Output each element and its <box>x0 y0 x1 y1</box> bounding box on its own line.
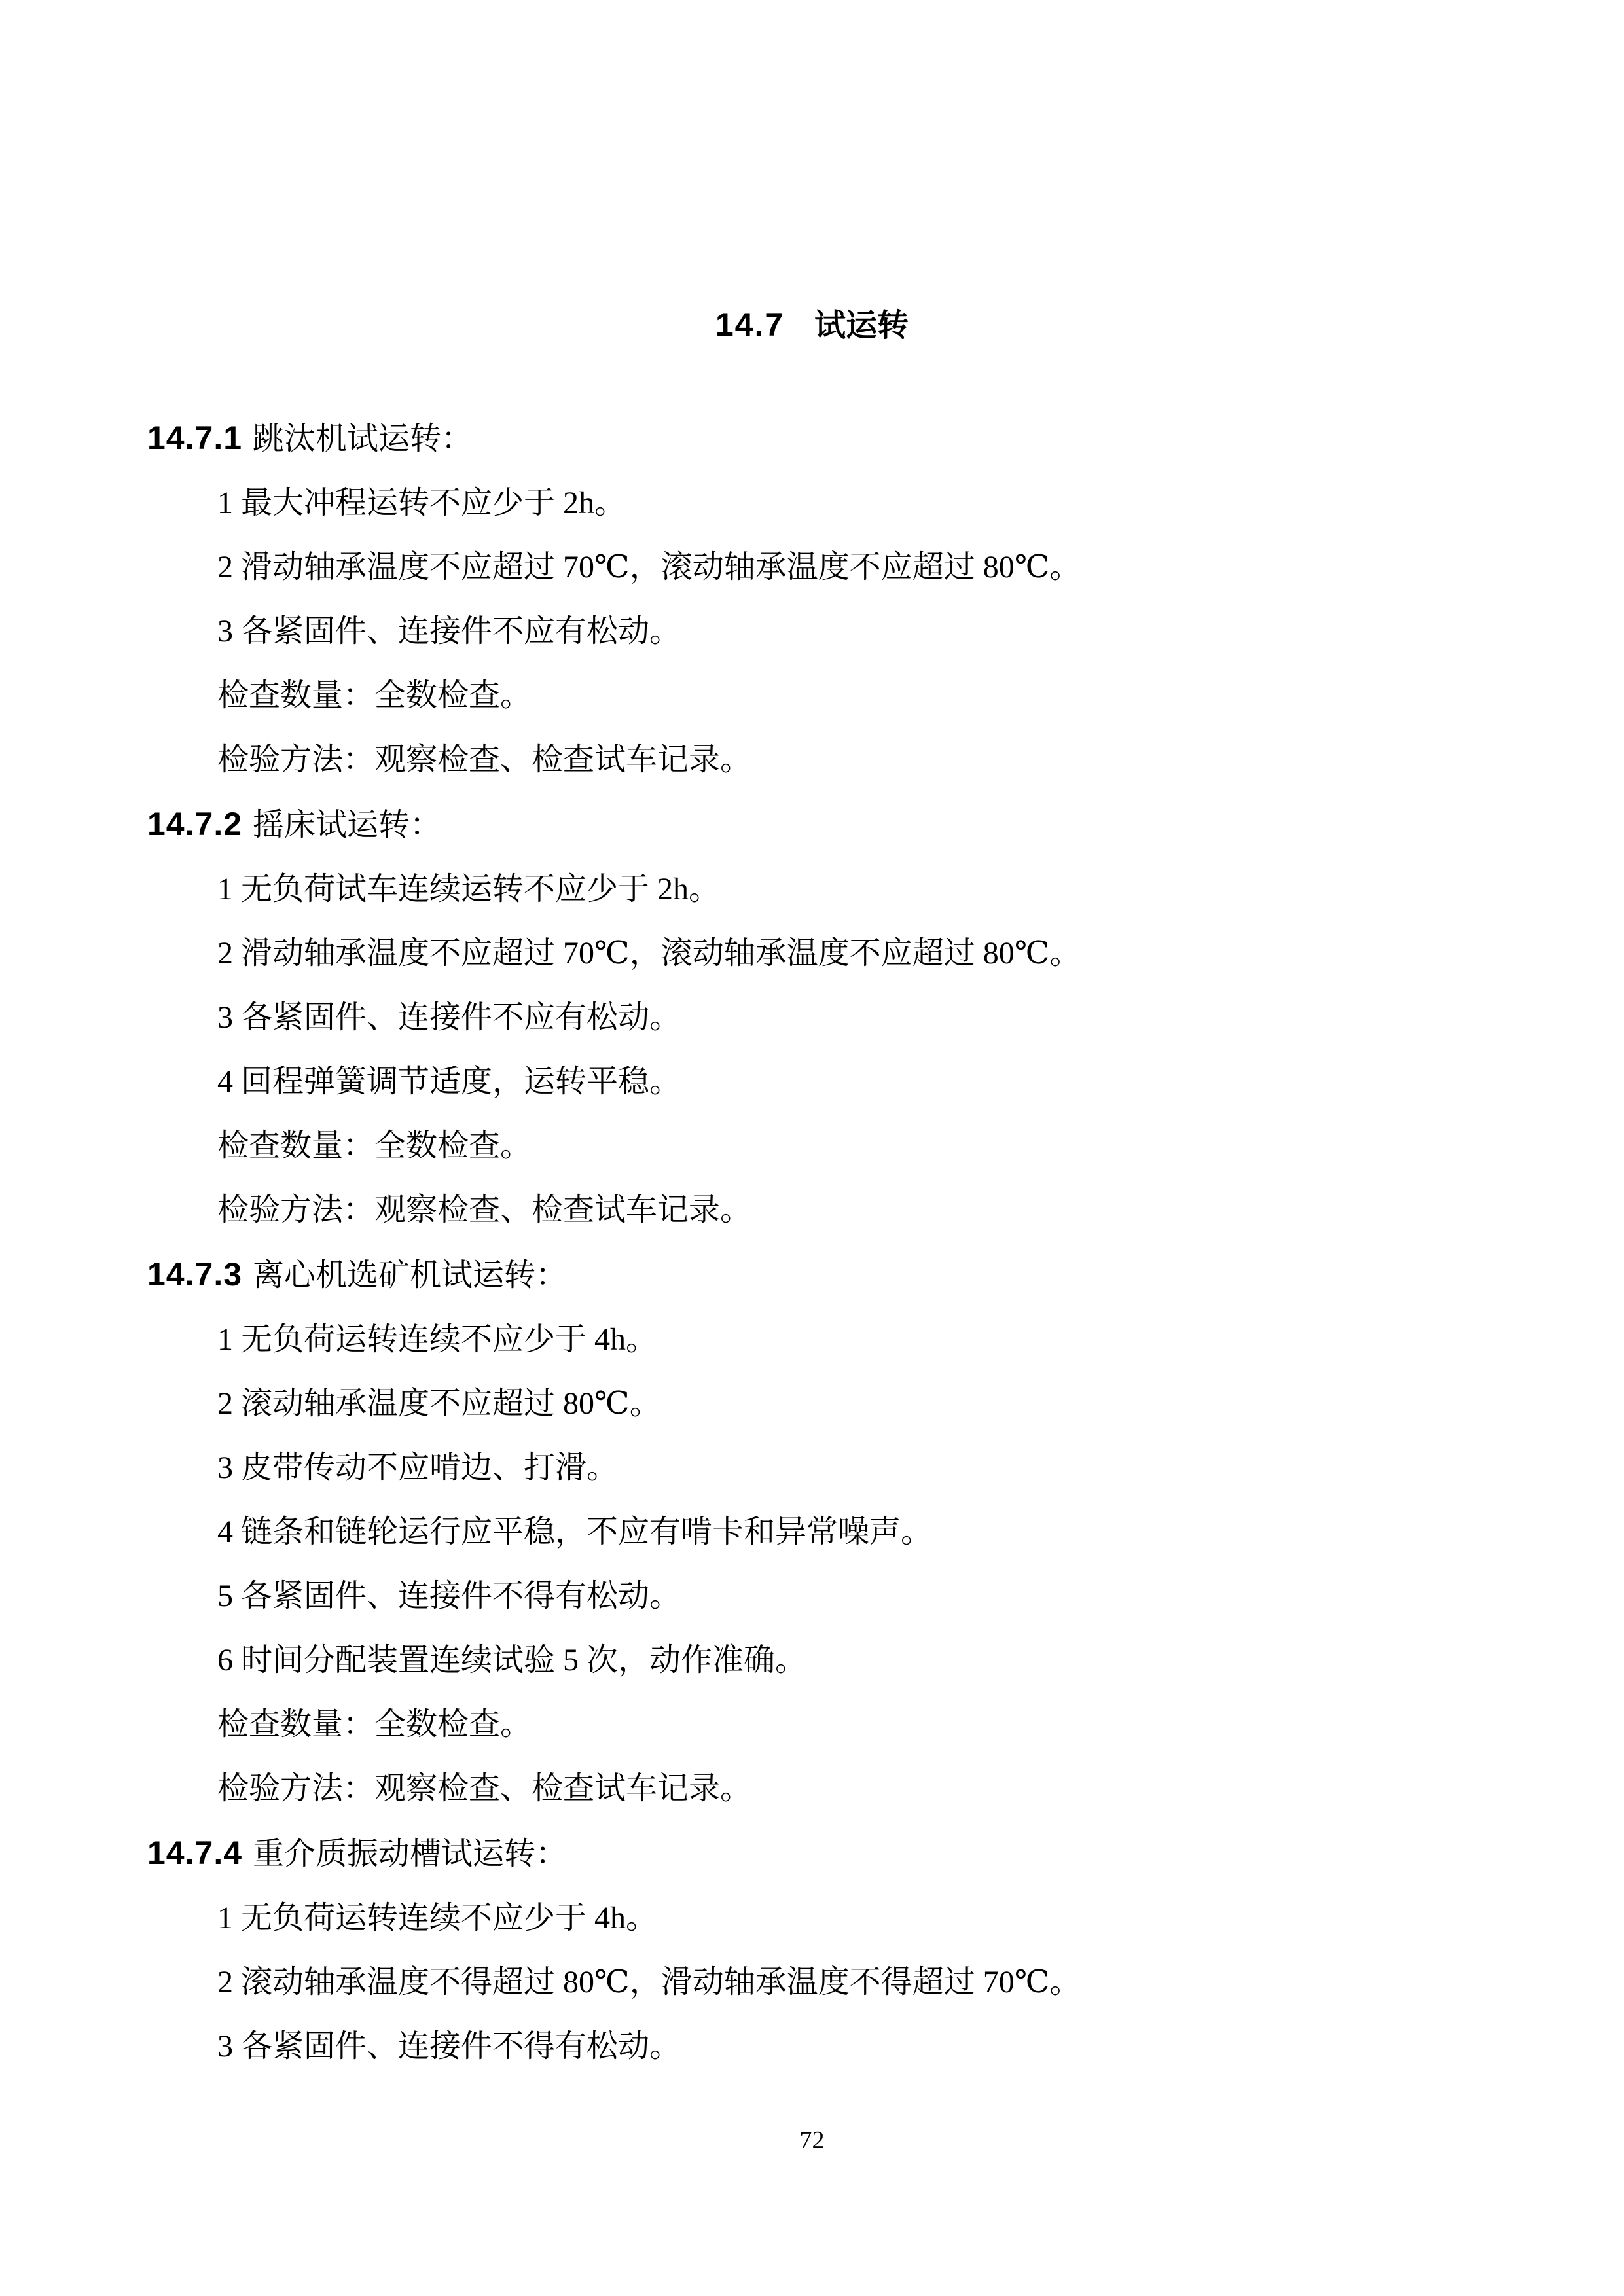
clause-line: 3 各紧固件、连接件不得有松动。 <box>0 2015 1624 2079</box>
clause-line: 2 滑动轴承温度不应超过 70℃，滚动轴承温度不应超过 80℃。 <box>0 922 1624 986</box>
clause-line: 3 各紧固件、连接件不应有松动。 <box>0 986 1624 1050</box>
section-14-7-1-heading: 14.7.1跳汰机试运转： <box>0 406 1624 471</box>
section-14-7-2-heading-text: 摇床试运转： <box>253 808 441 842</box>
clause-line: 4 回程弹簧调节适度，运转平稳。 <box>0 1050 1624 1114</box>
section-14-7-3-number: 14.7.3 <box>147 1256 242 1293</box>
section-14-7-4-heading: 14.7.4重介质振动槽试运转： <box>0 1821 1624 1886</box>
clause-line: 6 时间分配装置连续试验 5 次，动作准确。 <box>0 1628 1624 1693</box>
inspection-quantity-line: 检查数量：全数检查。 <box>0 1693 1624 1757</box>
clause-line: 3 各紧固件、连接件不应有松动。 <box>0 600 1624 664</box>
section-14-7-3-heading-text: 离心机选矿机试运转： <box>253 1258 567 1293</box>
inspection-quantity-line: 检查数量：全数检查。 <box>0 664 1624 728</box>
section-14-7-3-heading: 14.7.3离心机选矿机试运转： <box>0 1242 1624 1308</box>
section-14-7-2-number: 14.7.2 <box>147 806 242 842</box>
section-title: 14.7试运转 <box>0 0 1624 349</box>
document-body: 14.7.1跳汰机试运转： 1 最大冲程运转不应少于 2h。 2 滑动轴承温度不… <box>0 406 1624 2079</box>
clause-line: 1 最大冲程运转不应少于 2h。 <box>0 471 1624 535</box>
section-title-number: 14.7 <box>715 306 784 343</box>
section-14-7-4-number: 14.7.4 <box>147 1835 242 1871</box>
section-14-7-2-heading: 14.7.2摇床试运转： <box>0 792 1624 857</box>
inspection-quantity-line: 检查数量：全数检查。 <box>0 1114 1624 1178</box>
section-14-7-1-heading-text: 跳汰机试运转： <box>253 422 473 456</box>
clause-line: 1 无负荷运转连续不应少于 4h。 <box>0 1308 1624 1372</box>
document-page: 14.7试运转 14.7.1跳汰机试运转： 1 最大冲程运转不应少于 2h。 2… <box>0 0 1624 2296</box>
inspection-method-line: 检验方法：观察检查、检查试车记录。 <box>0 1178 1624 1242</box>
inspection-method-line: 检验方法：观察检查、检查试车记录。 <box>0 728 1624 792</box>
clause-line: 2 滑动轴承温度不应超过 70℃，滚动轴承温度不应超过 80℃。 <box>0 535 1624 600</box>
inspection-method-line: 检验方法：观察检查、检查试车记录。 <box>0 1757 1624 1821</box>
section-14-7-4-heading-text: 重介质振动槽试运转： <box>253 1837 567 1871</box>
clause-line: 3 皮带传动不应啃边、打滑。 <box>0 1436 1624 1500</box>
clause-line: 2 滚动轴承温度不应超过 80℃。 <box>0 1372 1624 1436</box>
section-title-text: 试运转 <box>814 308 909 343</box>
page-number: 72 <box>0 2126 1624 2155</box>
clause-line: 2 滚动轴承温度不得超过 80℃，滑动轴承温度不得超过 70℃。 <box>0 1950 1624 2015</box>
clause-line: 4 链条和链轮运行应平稳，不应有啃卡和异常噪声。 <box>0 1500 1624 1564</box>
clause-line: 1 无负荷运转连续不应少于 4h。 <box>0 1886 1624 1950</box>
clause-line: 1 无负荷试车连续运转不应少于 2h。 <box>0 857 1624 922</box>
section-14-7-1-number: 14.7.1 <box>147 420 242 456</box>
clause-line: 5 各紧固件、连接件不得有松动。 <box>0 1564 1624 1628</box>
